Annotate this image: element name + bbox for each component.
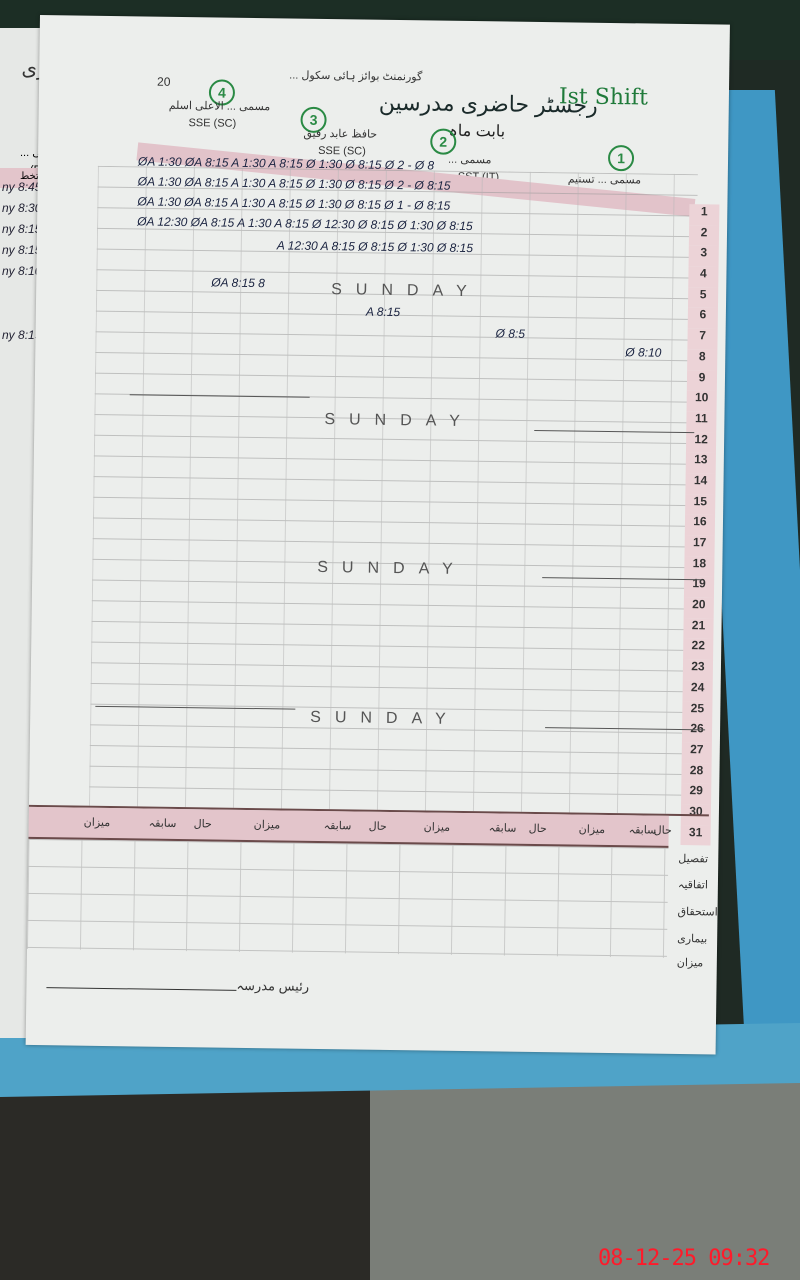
teacher-3-name: حافظ عابد رفیق	[303, 127, 377, 141]
date-number: 17	[685, 535, 715, 556]
teacher-4-name: مسمی ... الاعلی اسلم	[169, 99, 271, 113]
date-number: 4	[688, 266, 718, 287]
shift-label: Ist Shift	[559, 84, 648, 110]
summary-head-8: سابقہ	[489, 821, 517, 834]
teacher-3-designation: SSE (SC)	[318, 145, 366, 158]
left-entry-4: ny 8:15	[2, 243, 41, 257]
camera-timestamp: 08-12-25 09:32	[598, 1246, 769, 1271]
extra-entry-2: Ø 8:5	[496, 326, 526, 340]
summary-head-9: حال	[529, 822, 547, 835]
attendance-row-5: A 12:30 A 8:15 Ø 8:15 Ø 1:30 Ø 8:15	[277, 238, 473, 255]
date-number: 27	[682, 742, 712, 763]
date-number: 5	[688, 287, 718, 308]
register-page: 20 رجسٹر حاضری مدرسین Ist Shift بابت ماہ…	[26, 15, 730, 1055]
summary-row-total: میزان	[677, 956, 704, 969]
date-number: 8	[687, 349, 717, 370]
summary-head-2: سابقہ	[149, 817, 177, 830]
date-number: 18	[684, 556, 714, 577]
summary-head-10: میزان	[579, 823, 606, 836]
date-number: 10	[687, 390, 717, 411]
summary-head-12: حال	[654, 824, 672, 837]
principal-signature-label: رئیس مدرسہ	[236, 978, 309, 995]
summary-table: میزان سابقہ حال میزان سابقہ حال میزان سا…	[27, 805, 709, 966]
summary-row-casual: اتفاقیہ	[678, 878, 708, 891]
teacher-number-2: 2	[430, 128, 456, 154]
date-number: 14	[685, 473, 715, 494]
attendance-row-8: ØA 8:15 8	[211, 275, 265, 290]
summary-head-6: حال	[369, 820, 387, 833]
sunday-label-1: SUNDAY	[331, 281, 481, 301]
left-entry-3: ny 8:15	[2, 222, 41, 236]
summary-row-earned: استحقاق	[677, 905, 717, 919]
date-number: 21	[683, 618, 713, 639]
date-number: 2	[689, 225, 719, 246]
date-number: 15	[685, 494, 715, 515]
date-number: 20	[684, 597, 714, 618]
background-dark-bottom-left	[0, 1080, 370, 1280]
principal-signature-line	[46, 987, 236, 991]
sunday-label-2: SUNDAY	[324, 411, 474, 431]
date-number: 26	[682, 721, 712, 742]
extra-entry-3: Ø 8:10	[625, 345, 661, 360]
teacher-4-designation: SSE (SC)	[188, 117, 236, 130]
date-number: 7	[687, 328, 717, 349]
date-number: 22	[683, 638, 713, 659]
summary-grid	[27, 839, 668, 958]
date-number: 12	[686, 432, 716, 453]
date-number: 16	[685, 514, 715, 535]
school-name: گورنمنٹ بوائز ہائی سکول ...	[289, 68, 422, 83]
summary-head-3: حال	[194, 817, 212, 830]
summary-head-1: میزان	[84, 816, 111, 829]
summary-head-4: میزان	[254, 818, 281, 831]
date-number: 13	[686, 452, 716, 473]
date-number: 24	[682, 680, 712, 701]
summary-side-header: تفصیل	[678, 852, 708, 865]
year-label: 20	[157, 75, 171, 89]
summary-head-5: سابقہ	[324, 819, 352, 832]
summary-row-sick: بیماری	[677, 932, 707, 945]
date-number: 9	[687, 370, 717, 391]
teacher-number-1: 1	[608, 145, 634, 171]
left-entry-2: ny 8:30	[2, 201, 41, 215]
date-number: 1	[689, 204, 719, 225]
date-number: 6	[688, 308, 718, 329]
left-entry-1: ny 8:45	[2, 180, 41, 194]
month-label: بابت ماہ	[448, 121, 505, 142]
summary-head-7: میزان	[424, 820, 451, 833]
date-number: 3	[689, 245, 719, 266]
date-number: 23	[683, 659, 713, 680]
date-number: 11	[686, 411, 716, 432]
date-number: 29	[681, 783, 711, 804]
sunday-label-3: SUNDAY	[317, 559, 467, 579]
teacher-2-name: مسمی ...	[448, 153, 492, 167]
summary-head-11: سابقہ	[629, 823, 657, 836]
date-number: 28	[681, 763, 711, 784]
date-number: 25	[682, 701, 712, 722]
extra-entry-1: A 8:15	[366, 305, 400, 319]
sunday-label-4: SUNDAY	[310, 709, 460, 729]
